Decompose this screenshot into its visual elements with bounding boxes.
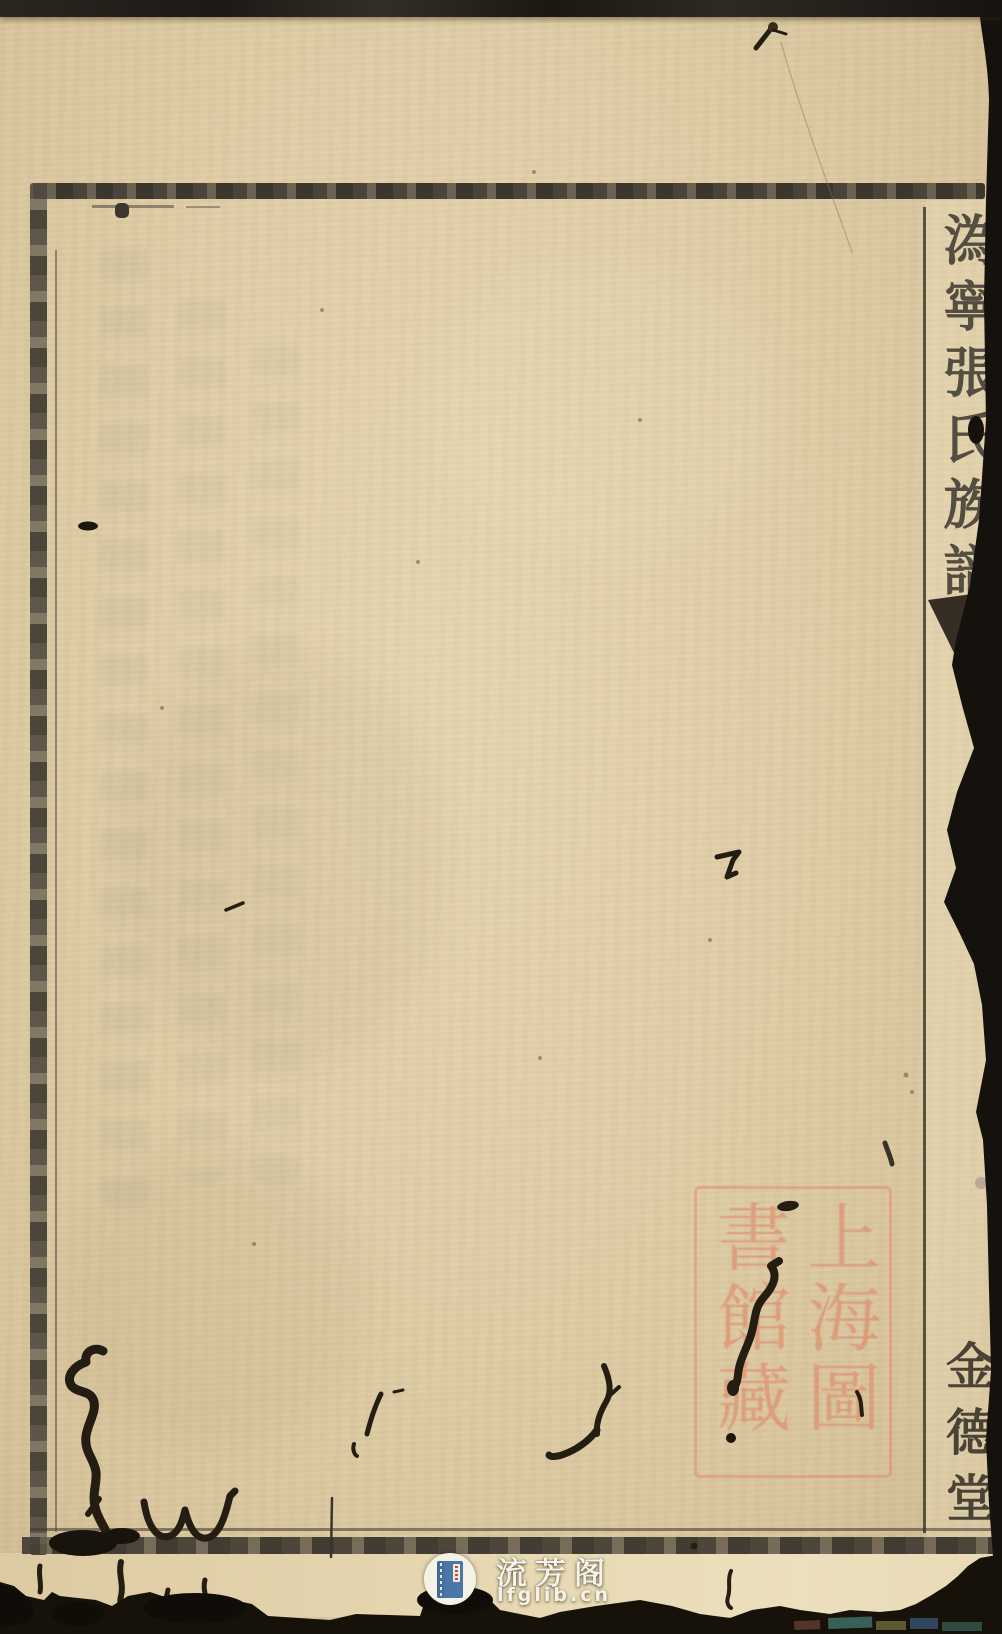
paper-highlight — [420, 260, 780, 560]
frame-inner-top-line — [92, 205, 174, 208]
watermark-logo-circle — [424, 1553, 476, 1605]
frame-left-border — [30, 183, 47, 1555]
scan-top-edge — [0, 0, 1002, 17]
bleedthrough-ghost-column — [252, 330, 300, 1190]
hall-name-text: 金德堂 — [932, 1340, 1002, 1552]
paper-stain — [60, 1150, 360, 1450]
spine-title-text: 溈寧張氏族譜 — [930, 212, 1002, 632]
spine-column-divider-line — [923, 207, 926, 1533]
frame-inner-left-line — [55, 250, 57, 1532]
stitched-book-icon — [437, 1561, 463, 1598]
watermark: 流芳阁 lfglib.cn — [420, 1548, 660, 1614]
scanned-page: 溈寧張氏族譜 金德堂 上海圖 書館藏 — [0, 0, 1002, 1634]
bleedthrough-ghost-column — [178, 285, 226, 1185]
watermark-site-url: lfglib.cn — [497, 1584, 611, 1606]
frame-bottom-inner-line — [30, 1528, 1002, 1531]
book-stitch-detail — [440, 1563, 442, 1596]
dust-specks — [160, 170, 914, 1246]
frame-inner-top-line — [186, 206, 220, 208]
seal-column-left: 書館藏 — [705, 1199, 791, 1471]
frame-top-border — [33, 183, 985, 199]
seal-column-right: 上海圖 — [795, 1199, 881, 1471]
bottom-colored-edges — [794, 1616, 982, 1631]
book-title-label — [453, 1564, 460, 1582]
paper-stain — [120, 650, 440, 1070]
collection-seal: 上海圖 書館藏 — [694, 1186, 892, 1478]
bleedthrough-ghost-column — [100, 235, 148, 1215]
